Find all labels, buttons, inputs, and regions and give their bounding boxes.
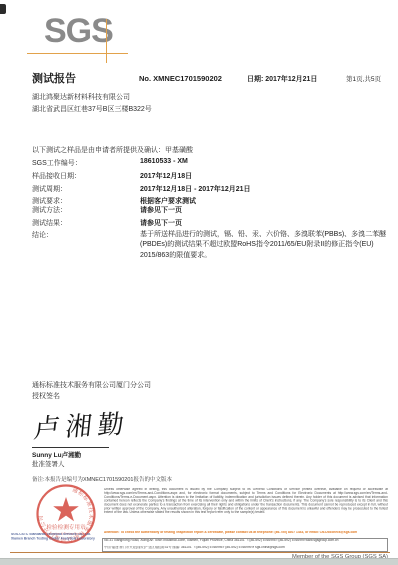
stamp-title: 检验检测专用章	[46, 523, 86, 531]
report-number: No. XMNEC1701590202	[139, 74, 222, 83]
field-row-test-result: 测试结果： 请参见下一页	[32, 218, 388, 228]
field-value: 请参见下一页	[140, 205, 182, 215]
field-label: SGS工作编号：	[32, 158, 140, 168]
page-count: 第1页,共5页	[346, 74, 381, 83]
attention-text: Attention: To check the authenticity of …	[104, 531, 388, 535]
sample-intro-line: 以下测试之样品是由申请者所提供及确认：甲基磺酸	[32, 146, 193, 155]
field-row-job-no: SGS工作编号： 18610533 - XM	[32, 158, 388, 168]
signature-underline	[32, 447, 109, 448]
applicant-company: 湖北鸿聚达新材料科技有限公司	[32, 93, 130, 102]
lab-branch-en: Xiamen Branch Testing Center Analytical …	[11, 537, 107, 541]
scan-bottom-edge	[0, 558, 398, 565]
sgs-logo: SGS	[44, 14, 113, 48]
signer-name: Sunny Lu卢湘勤	[32, 450, 81, 459]
scan-artifact	[0, 4, 6, 14]
legal-disclaimer-text: Unless otherwise agreed in writing, this…	[104, 488, 388, 515]
field-value: 2017年12月18日 - 2017年12月21日	[140, 184, 251, 194]
field-row-test-method: 测试方法： 请参见下一页	[32, 205, 388, 215]
page-title: 测试报告	[32, 70, 76, 86]
field-row-conclusion: 结论： 基于所送样品进行的测试，镉、铅、汞、六价铬、多溴联苯(PBBs)、多溴二…	[32, 230, 388, 261]
field-label: 测试方法：	[32, 205, 140, 215]
issuing-lab-company: 通标标准技术服务有限公司厦门分公司	[32, 381, 151, 390]
field-value: 2017年12月18日	[140, 171, 192, 181]
authorized-signature-label: 授权签名	[32, 392, 60, 401]
report-date: 日期: 2017年12月21日	[247, 74, 317, 84]
remark-note: 备注:本报告是编号为XMNEC1701590201报告的中文版本	[32, 475, 172, 483]
field-row-received-date: 样品接收日期： 2017年12月18日	[32, 171, 388, 181]
contact-cn: t (86-592) 5766995 f (86-592) 5766999 e …	[194, 546, 284, 549]
field-value: 请参见下一页	[140, 218, 182, 228]
address-box: No.31 Xianghong Road, Xiang'An Torch Ind…	[102, 538, 388, 552]
logo-vertical-line	[106, 19, 107, 63]
address-cn: 中国·福建·厦门市火炬(翔安)产业区翔虹路31号 邮编: 361101	[104, 546, 192, 549]
field-label: 测试周期：	[32, 184, 140, 194]
signer-title: 批准签署人	[32, 459, 65, 468]
lab-name-block: SGS-CSTC Standards Technical Services Co…	[11, 533, 107, 548]
contact-en: t (86-592) 5766995 f (86-592) 5766999 ww…	[248, 539, 339, 542]
field-label: 测试结果：	[32, 218, 140, 228]
handwritten-signature: 卢湘勤	[32, 403, 132, 445]
field-row-test-period: 测试周期： 2017年12月18日 - 2017年12月21日	[32, 184, 388, 194]
stamp-star-icon	[53, 497, 79, 521]
footer-divider-line	[10, 552, 390, 553]
field-label: 样品接收日期：	[32, 171, 140, 181]
address-row-en: No.31 Xianghong Road, Xiang'An Torch Ind…	[103, 539, 387, 546]
logo-horizontal-line	[27, 53, 128, 54]
field-label: 结论：	[32, 230, 140, 261]
applicant-address: 湖北省武昌区红巷37号B区三楼B322号	[32, 105, 152, 114]
address-en: No.31 Xianghong Road, Xiang'An Torch Ind…	[104, 539, 245, 542]
test-report-page: SGS 测试报告 No. XMNEC1701590202 日期: 2017年12…	[0, 0, 398, 565]
field-value: 18610533 - XM	[140, 158, 188, 168]
conclusion-text: 基于所送样品进行的测试，镉、铅、汞、六价铬、多溴联苯(PBBs)、多溴二苯醚(P…	[140, 230, 388, 261]
attention-block: Attention: To check the authenticity of …	[104, 531, 388, 538]
